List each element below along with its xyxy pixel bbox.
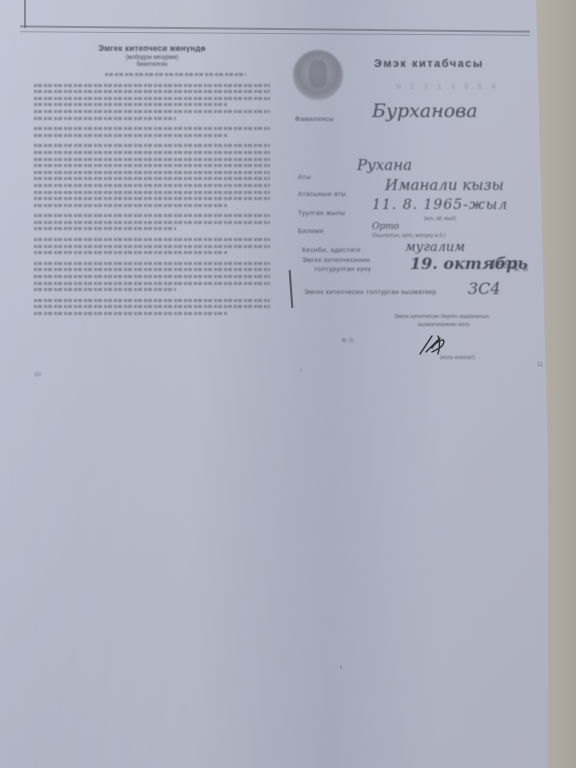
document-page: Эмгек китепчеси жөнүндө (жободон көчүрмө… [0, 0, 548, 768]
serial-number: N 1 3 1 3 0 5 4 [396, 83, 498, 92]
page-edge-mark [24, 0, 26, 28]
regulations-subheader-2: бекитилген [34, 62, 270, 69]
page-number-right: 11 [537, 362, 543, 368]
issuer-label: Эмгек китепчесин толтурган кызматкер [304, 289, 437, 296]
signature-caption-2: кызматкеринин колу [418, 322, 470, 328]
birth-date-value: 11. 8. 1965-жыл [372, 197, 508, 213]
name-value: Рухана [357, 156, 412, 174]
regulations-column: Эмгек китепчеси жөнүндө (жободон көчүрмө… [34, 44, 270, 319]
regulations-subheader: (жободон көчүрмө) [34, 55, 270, 62]
state-emblem-icon [293, 50, 343, 100]
fill-date-label-1: Эмгек китепчесинин [302, 257, 370, 264]
name-label: Аты [298, 174, 311, 181]
patronymic-label: Атасынын аты [298, 191, 346, 198]
signature-note: (колу коюлат) [440, 355, 475, 361]
page-number-left: 10 [34, 372, 41, 378]
fill-date-label-2: толтурулган күнү [314, 266, 371, 273]
regulations-header: Эмгек китепчеси жөнүндө [34, 44, 270, 53]
fill-date-suffix: ж. ы [514, 266, 528, 273]
document-title: Эмэк китабчасы [374, 58, 484, 70]
signature-caption-1: Эмгек китепчесин берген ишкананын [394, 314, 489, 320]
profession-value: мугалим [405, 240, 465, 255]
issuer-value: 3С4 [468, 279, 501, 298]
patronymic-value: Иманали кызы [385, 176, 504, 194]
surname-label: Фамилиясы [295, 116, 334, 123]
education-label: Билими [298, 228, 324, 235]
surname-value: Бурханова [372, 100, 478, 122]
education-value: Орто [372, 222, 399, 232]
birth-date-label: Туулган жылы [298, 210, 345, 217]
regulations-text [34, 73, 270, 315]
birth-date-note: (күн, ай, жыл) [424, 216, 456, 222]
stamp-mark: М. О. [342, 338, 354, 344]
profession-label: Кесиби, адистиги [302, 247, 361, 254]
education-note: (башталгыч, орто, жогорку ж.б.) [372, 233, 445, 239]
